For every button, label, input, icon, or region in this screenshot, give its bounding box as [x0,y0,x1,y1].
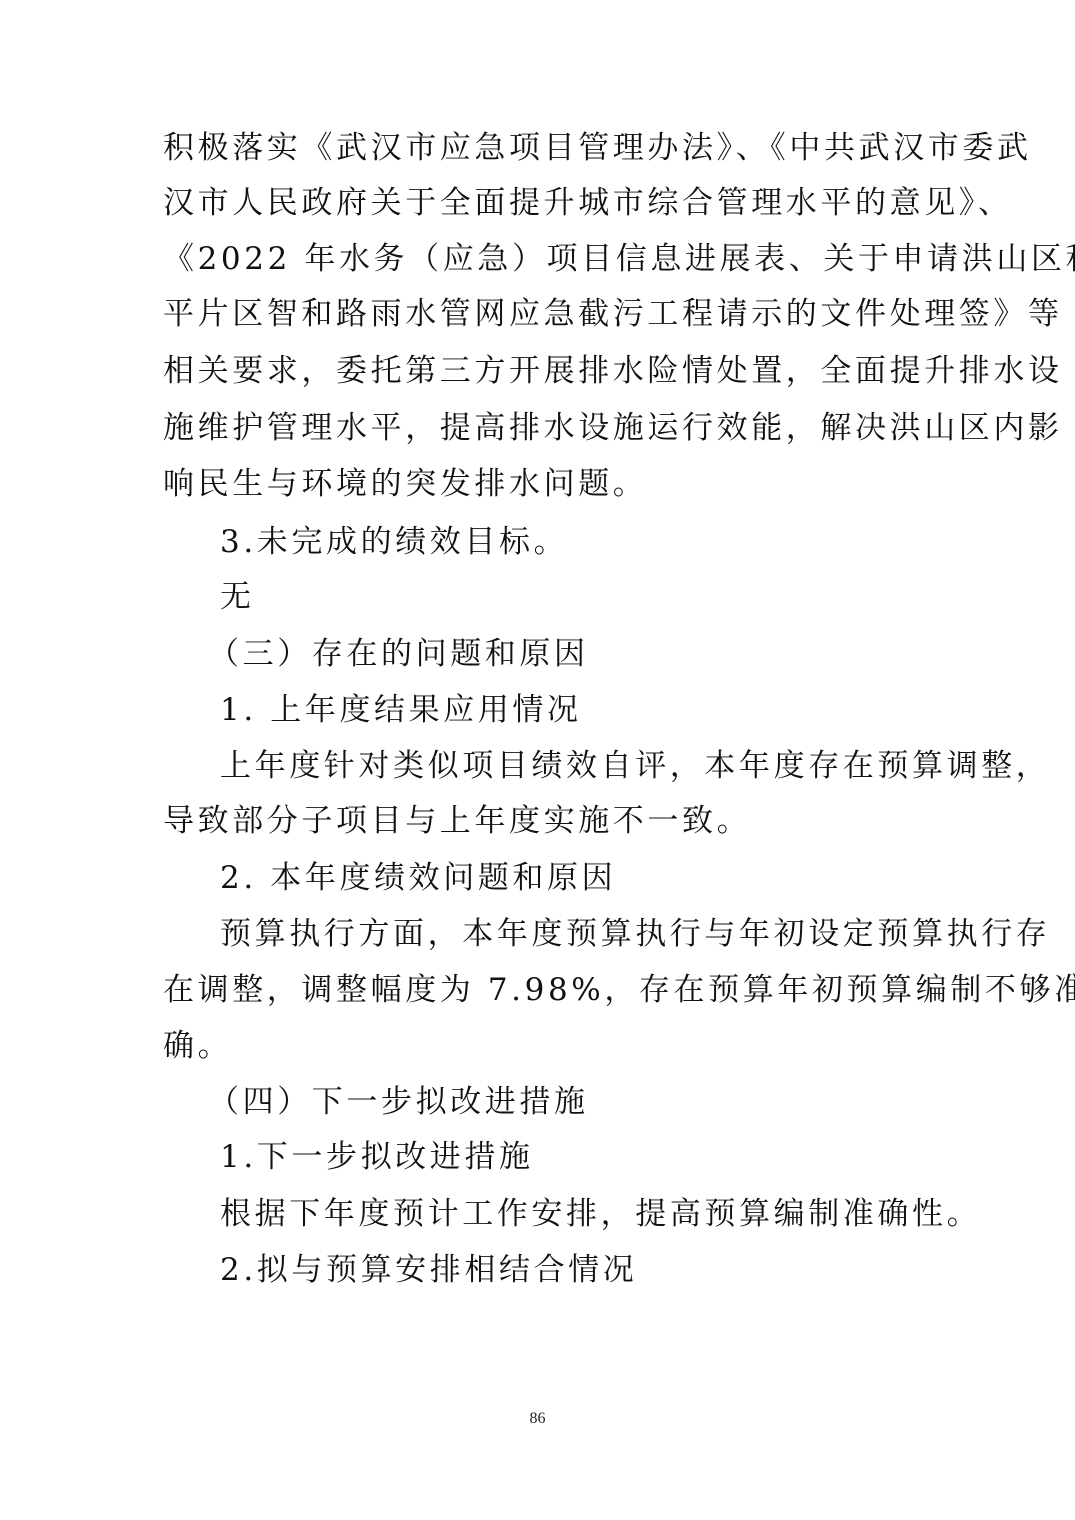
paragraph-line: 导致部分子项目与上年度实施不一致。 [163,801,923,841]
document-page: 积极落实《武汉市应急项目管理办法》、《中共武汉市委武 汉市人民政府关于全面提升城… [0,0,1075,1520]
paragraph-line: 上年度针对类似项目绩效自评，本年度存在预算调整， [220,746,980,786]
paragraph-line: 根据下年度预计工作安排，提高预算编制准确性。 [220,1194,980,1234]
paragraph-line: 施维护管理水平，提高排水设施运行效能，解决洪山区内影 [163,408,923,448]
section-heading-improvements: （四）下一步拟改进措施 [208,1082,968,1122]
paragraph-line: 积极落实《武汉市应急项目管理办法》、《中共武汉市委武 [163,128,923,168]
subheading-this-year-problems: 2. 本年度绩效问题和原因 [220,858,980,898]
paragraph-line: 响民生与环境的突发排水问题。 [163,464,923,504]
subheading-unfinished-goals: 3.未完成的绩效目标。 [220,522,980,562]
paragraph-line: 汉市人民政府关于全面提升城市综合管理水平的意见》、 [163,183,923,223]
subheading-next-steps: 1.下一步拟改进措施 [220,1137,980,1177]
subheading-budget-integration: 2.拟与预算安排相结合情况 [220,1250,980,1290]
paragraph-line: 平片区智和路雨水管网应急截污工程请示的文件处理签》等 [163,294,923,334]
section-heading-problems: （三）存在的问题和原因 [208,634,968,674]
paragraph-line: 《2022 年水务（应急）项目信息进展表、关于申请洪山区和 [163,239,923,279]
paragraph-line: 预算执行方面，本年度预算执行与年初设定预算执行存 [220,914,980,954]
paragraph-line: 在调整，调整幅度为 7.98%，存在预算年初预算编制不够准 [163,970,923,1010]
subheading-last-year-results: 1. 上年度结果应用情况 [220,690,980,730]
paragraph-line: 相关要求，委托第三方开展排水险情处置，全面提升排水设 [163,351,923,391]
paragraph-line: 无 [220,577,980,617]
paragraph-line: 确。 [163,1026,923,1066]
page-number: 86 [0,1410,1075,1428]
